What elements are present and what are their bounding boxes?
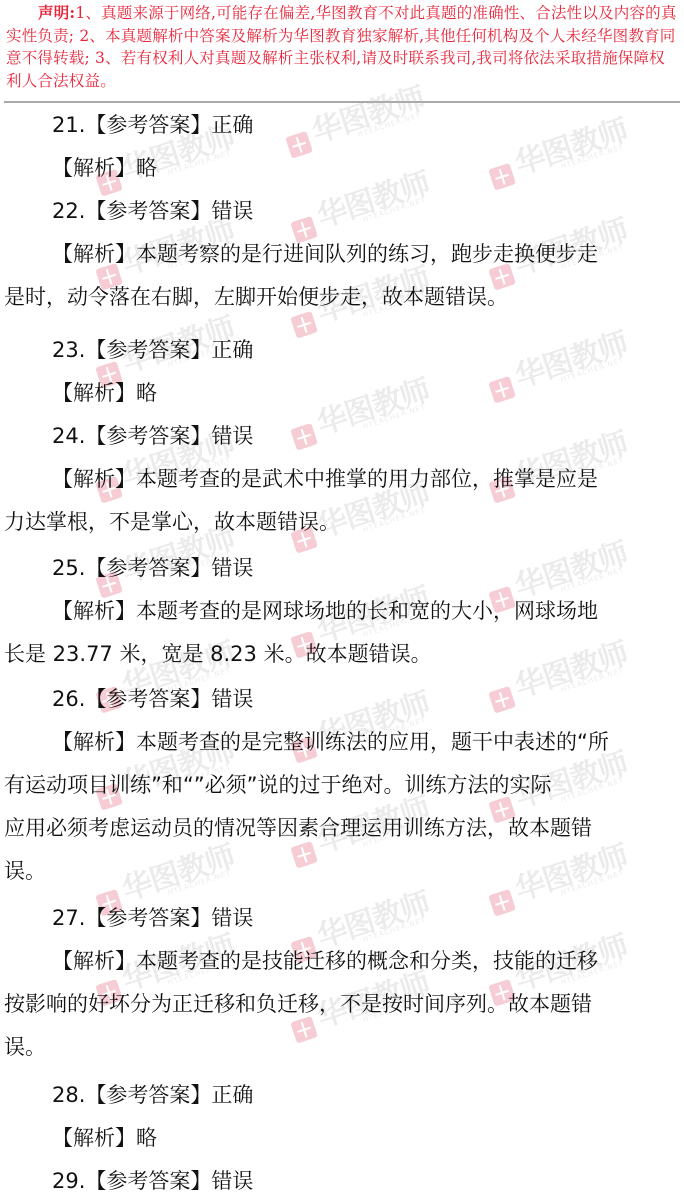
answer-line-22: 22.【参考答案】错误 — [0, 196, 684, 226]
analysis-line-26: 【解析】本题考查的是完整训练法的应用，题干中表述的“所 — [0, 727, 684, 757]
analysis-line-23: 【解析】略 — [0, 378, 684, 408]
analysis-continuation: 应用必须考虑运动员的情况等因素合理运用训练方法，故本题错 — [0, 813, 684, 843]
analysis-continuation: 力达掌根，不是掌心，故本题错误。 — [0, 507, 684, 537]
analysis-line-21: 【解析】略 — [0, 153, 684, 183]
analysis-line-28: 【解析】略 — [0, 1123, 684, 1153]
answer-line-21: 21.【参考答案】正确 — [0, 110, 684, 140]
disclaimer-label: 声明: — [38, 3, 75, 22]
answer-line-25: 25.【参考答案】错误 — [0, 553, 684, 583]
answer-line-23: 23.【参考答案】正确 — [0, 335, 684, 365]
analysis-line-24: 【解析】本题考查的是武术中推掌的用力部位，推掌是应是 — [0, 464, 684, 494]
analysis-continuation: 长是 23.77 米，宽是 8.23 米。故本题错误。 — [0, 639, 684, 669]
answer-line-29: 29.【参考答案】错误 — [0, 1166, 684, 1196]
analysis-line-27: 【解析】本题考查的是技能迁移的概念和分类，技能的迁移 — [0, 946, 684, 976]
disclaimer-text: 1、真题来源于网络,可能存在偏差,华图教育不对此真题的准确性、合法性以及内容的真… — [6, 4, 677, 90]
analysis-continuation: 是时，动令落在右脚，左脚开始便步走，故本题错误。 — [0, 282, 684, 312]
disclaimer: 声明:1、真题来源于网络,可能存在偏差,华图教育不对此真题的准确性、合法性以及内… — [6, 2, 678, 92]
header-divider — [4, 101, 680, 103]
analysis-line-22: 【解析】本题考察的是行进间队列的练习，跑步走换便步走 — [0, 239, 684, 269]
analysis-continuation: 误。 — [0, 856, 684, 886]
answer-line-27: 27.【参考答案】错误 — [0, 903, 684, 933]
analysis-continuation: 有运动项目训练”和“”必须”说的过于绝对。训练方法的实际 — [0, 770, 684, 800]
analysis-continuation: 按影响的好坏分为正迁移和负迁移，不是按时间序列。故本题错 — [0, 989, 684, 1019]
answer-line-24: 24.【参考答案】错误 — [0, 421, 684, 451]
analysis-line-25: 【解析】本题考查的是网球场地的长和宽的大小，网球场地 — [0, 596, 684, 626]
analysis-continuation: 误。 — [0, 1032, 684, 1062]
answer-line-26: 26.【参考答案】错误 — [0, 684, 684, 714]
answer-line-28: 28.【参考答案】正确 — [0, 1080, 684, 1110]
